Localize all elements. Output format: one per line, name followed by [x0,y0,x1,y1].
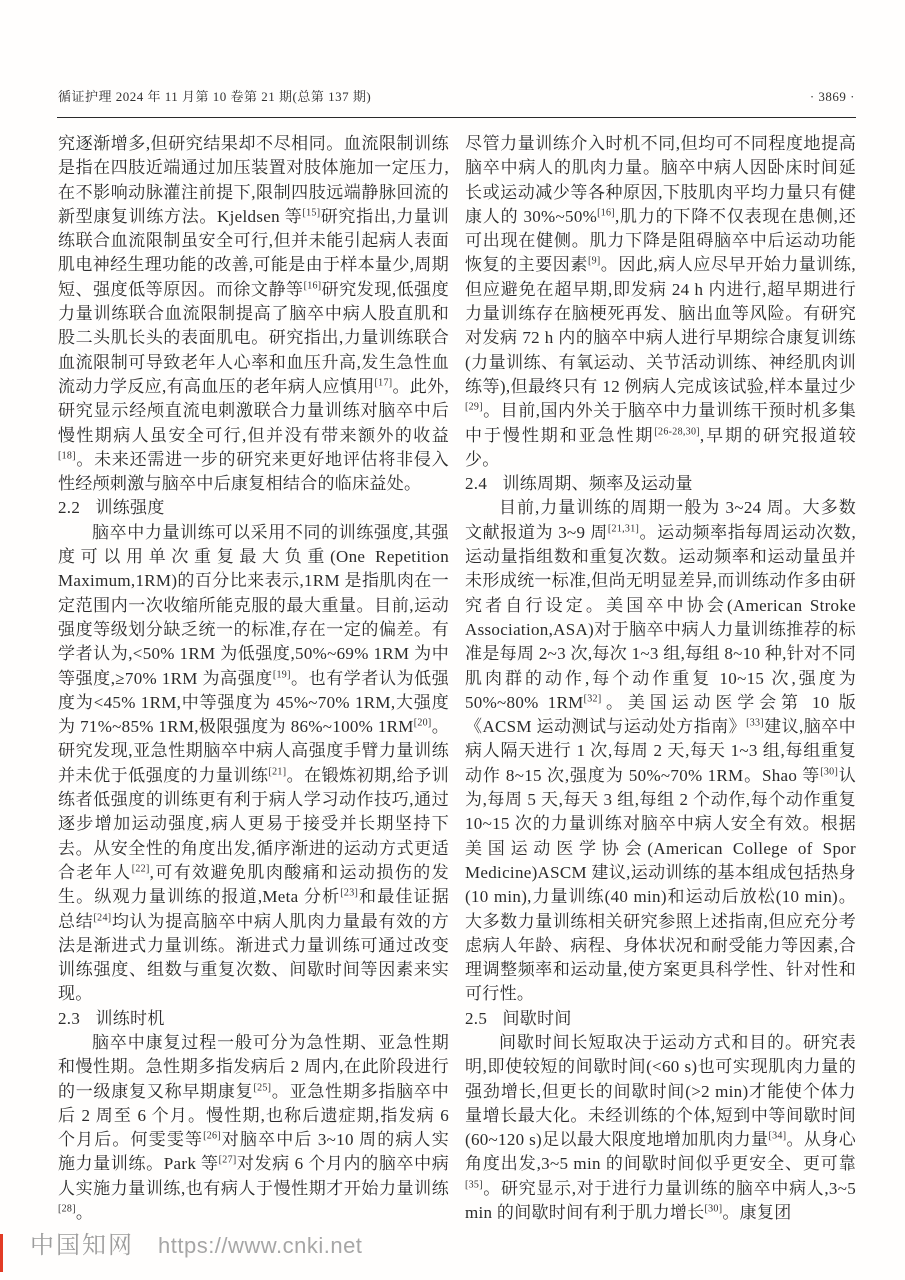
right-column: 尽管力量训练介入时机不同,但均可不同程度地提高脑卒中病人的肌肉力量。脑卒中病人因… [465,132,856,1225]
section-heading-2-3: 2.3训练时机 [58,1007,449,1031]
section-number: 2.3 [58,1009,80,1028]
section-title: 间歇时间 [502,1009,571,1028]
section-number: 2.2 [58,498,80,517]
section-heading-2-4: 2.4训练周期、频率及运动量 [465,472,856,496]
page-header: 循证护理 2024 年 11 月第 10 卷第 21 期(总第 137 期) ·… [58,0,855,104]
section-title: 训练周期、频率及运动量 [502,474,692,493]
paragraph-cycle-frequency-volume: 目前,力量训练的周期一般为 3~24 周。大多数文献报道为 3~9 周[21,3… [465,496,856,1006]
paragraph-training-timing: 脑卒中康复过程一般可分为急性期、亚急性期和慢性期。急性期多指发病后 2 周内,在… [58,1031,449,1225]
journal-issue-info: 循证护理 2024 年 11 月第 10 卷第 21 期(总第 137 期) [58,90,371,104]
section-number: 2.4 [465,474,487,493]
article-body: 究逐渐增多,但研究结果却不尽相同。血流限制训练是指在四肢近端通过加压装置对肢体施… [58,132,856,1225]
paragraph-training-timing-continued: 尽管力量训练介入时机不同,但均可不同程度地提高脑卒中病人的肌肉力量。脑卒中病人因… [465,132,856,472]
paragraph-rest-interval: 间歇时间长短取决于运动方式和目的。研究表明,即使较短的间歇时间(<60 s)也可… [465,1031,856,1225]
section-title: 训练时机 [95,1009,164,1028]
cnki-url-text: https://www.cnki.net [158,1233,362,1259]
section-heading-2-5: 2.5间歇时间 [465,1007,856,1031]
section-title: 训练强度 [95,498,164,517]
scan-edge-artifact [0,1234,3,1272]
section-heading-2-2: 2.2训练强度 [58,496,449,520]
paragraph-blood-flow-restriction: 究逐渐增多,但研究结果却不尽相同。血流限制训练是指在四肢近端通过加压装置对肢体施… [58,132,449,496]
cnki-logo-text: 中国知网 [30,1225,134,1260]
journal-page: 循证护理 2024 年 11 月第 10 卷第 21 期(总第 137 期) ·… [0,0,905,1280]
header-rule [57,117,856,118]
page-number: · 3869 · [810,90,855,104]
left-column: 究逐渐增多,但研究结果却不尽相同。血流限制训练是指在四肢近端通过加压装置对肢体施… [58,132,449,1225]
cnki-watermark: 中国知网 https://www.cnki.net [30,1225,362,1260]
section-number: 2.5 [465,1009,487,1028]
paragraph-training-intensity: 脑卒中力量训练可以采用不同的训练强度,其强度可以用单次重复最大负重(One Re… [58,521,449,1007]
